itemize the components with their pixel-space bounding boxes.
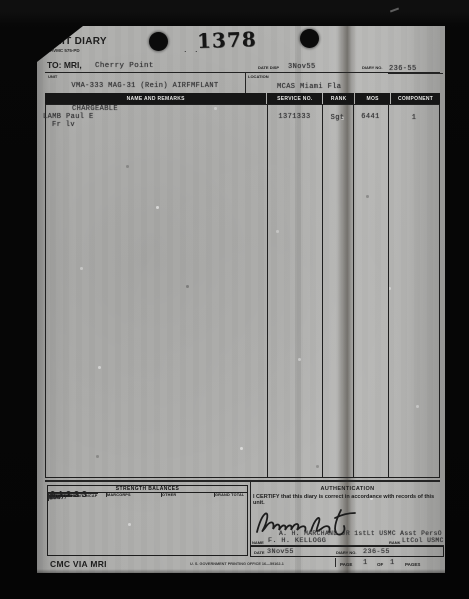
unit-label: UNIT (48, 74, 57, 79)
header-service-no: SERVICE NO. (267, 93, 322, 104)
header-mos: MOS (355, 93, 390, 104)
pages-label: PAGES (405, 562, 420, 567)
roster-body-box (45, 104, 440, 478)
auth-date-box: DATE 3Nov55 DIARY NO. 236-55 (250, 546, 444, 557)
header-component: COMPONENT (391, 93, 440, 104)
auth-diary-value: 236-55 (363, 548, 390, 556)
auth-date-value: 3Nov55 (267, 548, 294, 556)
roster-col-line-2 (322, 104, 323, 478)
entry-mos: 6441 (353, 113, 388, 121)
roster-col-line-4 (388, 104, 389, 478)
document-number-stamp: 1378 (197, 27, 257, 53)
location-value: MCAS Miami Fla (277, 83, 341, 91)
to-label: TO: MRI, (47, 60, 82, 70)
entry-name: LAMB Paul E (43, 113, 94, 121)
unit-diary-page: UNIT DIARY NAVMC 575-PD . . 1378 TO: MRI… (37, 26, 445, 573)
entry-service-no: 1371333 (267, 113, 322, 121)
entry-component: 1 (388, 114, 440, 122)
diary-number-label: DIARY NO. (362, 65, 382, 70)
page-label: PAGE (340, 562, 352, 567)
group-marcorps: MARCORPS (106, 493, 131, 497)
unit-code-stamp: 01333 (50, 490, 90, 500)
group-other: OTHER (161, 493, 176, 497)
auth-diary-label: DIARY NO. (336, 550, 356, 555)
unit-location-divider (245, 72, 246, 93)
header-rank: RANK (323, 93, 354, 104)
hole-punch-left (149, 32, 168, 51)
roster-col-line-1 (267, 104, 268, 478)
roster-header-bar: NAME AND REMARKS SERVICE NO. RANK MOS CO… (45, 93, 440, 104)
entry-rank: Sgt (322, 114, 353, 122)
unit-value: VMA-333 MAG-31 (Rein) AIRFMFLANT (45, 82, 245, 90)
entry-remark: Fr lv (52, 121, 75, 129)
roster-col-line-3 (353, 104, 354, 478)
header-name-remarks: NAME AND REMARKS (45, 93, 266, 104)
date-dispatched-value: 3Nov55 (288, 63, 316, 71)
group-grand-total: GRAND TOTAL (214, 493, 244, 497)
total-pages: 1 (390, 559, 395, 567)
section-divider (45, 480, 440, 482)
hole-punch-right (300, 29, 319, 48)
paper-bottom-shadow (37, 569, 445, 573)
routing-line: CMC VIA MRI (50, 559, 107, 569)
date-dispatched-label: DATE DISP (258, 65, 279, 70)
to-value: Cherry Point (95, 62, 154, 70)
footer-divider (335, 558, 336, 567)
strength-grid: MARCORPS OTHER GRAND TOTAL OFFICERS ENLI… (48, 493, 247, 555)
page-number: 1 (363, 559, 368, 567)
entry-group: CHARGEABLE (72, 105, 118, 113)
of-label: OF (377, 562, 383, 567)
gpo-imprint: U. S. GOVERNMENT PRINTING OFFICE 16—5916… (190, 562, 284, 566)
auth-name-value: F. H. KELLOGG (268, 537, 326, 545)
location-label: LOCATION (248, 74, 269, 79)
auth-date-label: DATE (254, 550, 265, 555)
auth-title: AUTHENTICATION (250, 486, 445, 492)
signer-line: A. H. MARCHAND JR 1stLt USMC Asst PersO (279, 530, 442, 537)
auth-rank-value: LtCol USMC (402, 537, 444, 544)
